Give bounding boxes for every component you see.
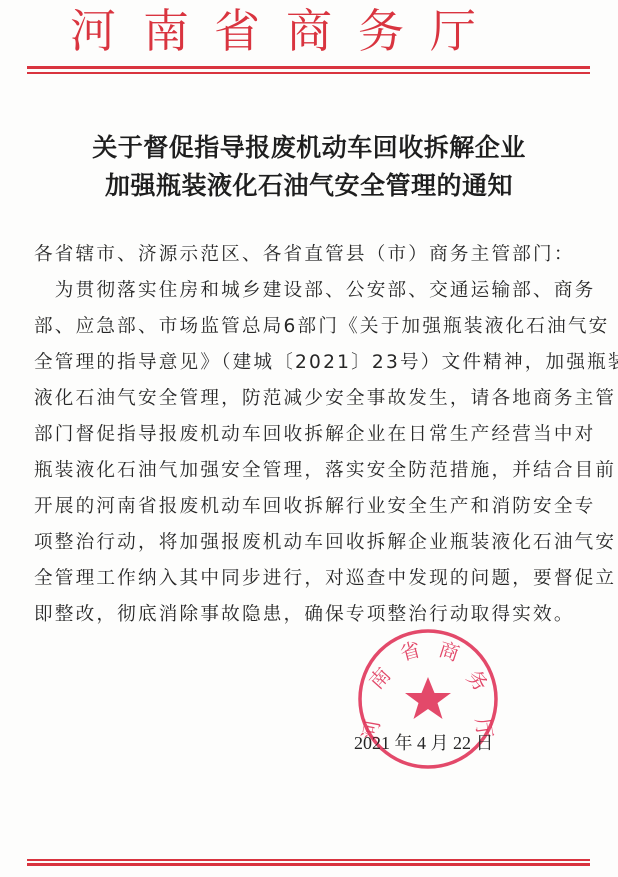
footer-rule-thin	[27, 859, 590, 861]
header-rule-thick	[27, 66, 590, 69]
seal-char: 省	[397, 637, 423, 665]
document-title-line2: 加强瓶装液化石油气安全管理的通知	[0, 166, 618, 202]
body-line: 全管理工作纳入其中同步进行，对巡查中发现的问题，要督促立	[34, 568, 616, 590]
body-line: 即整改，彻底消除事故隐患，确保专项整治行动取得实效。	[34, 604, 575, 626]
masthead-char: 河	[70, 6, 116, 56]
document-title-line1: 关于督促指导报废机动车回收拆解企业	[0, 128, 618, 164]
body-line: 液化石油气安全管理，防范减少安全事故发生，请各地商务主管	[34, 388, 616, 410]
masthead-char: 省	[214, 6, 260, 56]
body-line: 全管理的指导意见》（建城〔2021〕23号）文件精神，加强瓶装	[34, 352, 618, 374]
seal-char: 商	[436, 637, 462, 666]
body-line: 项整治行动，将加强报废机动车回收拆解企业瓶装液化石油气安	[34, 532, 616, 554]
body-line: 部、应急部、市场监管总局6部门《关于加强瓶装液化石油气安	[34, 316, 609, 338]
header-rule-thin	[27, 72, 590, 74]
masthead-char: 商	[286, 6, 332, 56]
body-line: 部门督促指导报废机动车回收拆解企业在日常生产经营当中对	[34, 424, 595, 446]
addressee: 各省辖市、济源示范区、各省直管县（市）商务主管部门：	[34, 244, 575, 266]
masthead-char: 南	[143, 6, 189, 56]
body-line: 为贯彻落实住房和城乡建设部、公安部、交通运输部、商务	[34, 280, 595, 302]
star-icon	[405, 677, 451, 719]
body-line: 瓶装液化石油气加强安全管理，落实安全防范措施，并结合目前	[34, 460, 616, 482]
issuer-masthead: 河 南 省 商 务 厅	[0, 6, 618, 56]
issue-date: 2021 年 4 月 22 日	[354, 729, 494, 755]
body-line: 开展的河南省报废机动车回收拆解行业安全生产和消防安全专	[34, 496, 595, 518]
masthead-char: 务	[358, 6, 404, 56]
footer-rule-thick	[27, 863, 590, 866]
masthead-char: 厅	[430, 6, 476, 56]
